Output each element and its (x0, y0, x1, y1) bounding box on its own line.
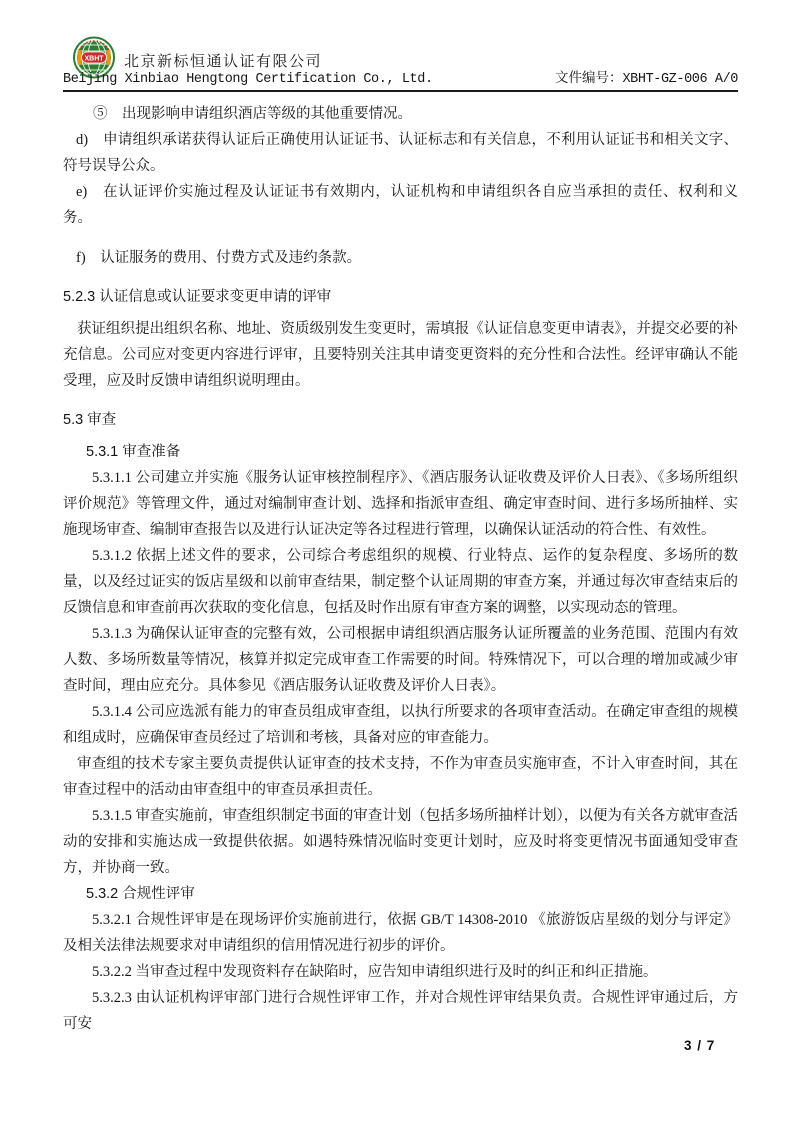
subsection-heading: 5.3.1 审查准备 (63, 439, 738, 465)
document-number-value: XBHT-GZ-006 A/0 (622, 72, 738, 87)
subsection-heading: 5.3.2 合规性评审 (63, 881, 738, 907)
list-item-alpha: d) 申请组织承诺获得认证后正确使用认证证书、认证标志和有关信息，不利用认证证书… (63, 127, 738, 179)
company-name-en: Beijing Xinbiao Hengtong Certification C… (63, 72, 433, 87)
document-page: XBHT 北京新标恒通认证有限公司 Beijing Xinbiao Hengto… (0, 0, 793, 1122)
paragraph: 5.3.1.2 依据上述文件的要求，公司综合考虑组织的规模、行业特点、运作的复杂… (63, 543, 738, 621)
document-body: ⑤ 出现影响申请组织酒店等级的其他重要情况。d) 申请组织承诺获得认证后正确使用… (63, 101, 738, 1037)
list-item-alpha: e) 在认证评价实施过程及认证证书有效期内，认证机构和申请组织各自应当承担的责任… (63, 179, 738, 231)
paragraph: 获证组织提出组织名称、地址、资质级别发生变更时，需填报《认证信息变更申请表》，并… (63, 316, 738, 394)
paragraph: 审查组的技术专家主要负责提供认证审查的技术支持，不作为审查员实施审查，不计入审查… (63, 751, 738, 803)
paragraph: 5.3.1.5 审查实施前，审查组织制定书面的审查计划（包括多场所抽样计划），以… (63, 803, 738, 881)
document-number: 文件编号：XBHT-GZ-006 A/0 (555, 66, 738, 87)
section-heading: 5.2.3 认证信息或认证要求变更申请的评审 (63, 284, 738, 310)
header-rule-row: Beijing Xinbiao Hengtong Certification C… (63, 66, 738, 92)
paragraph: 5.3.1.4 公司应选派有能力的审查员组成审查组，以执行所要求的各项审查活动。… (63, 699, 738, 751)
paragraph: 5.3.2.3 由认证机构评审部门进行合规性评审工作，并对合规性评审结果负责。合… (63, 985, 738, 1037)
svg-text:XBHT: XBHT (84, 56, 104, 63)
paragraph: 5.3.1.1 公司建立并实施《服务认证审核控制程序》、《酒店服务认证收费及评价… (63, 465, 738, 543)
document-number-label: 文件编号： (555, 70, 623, 85)
list-item-alpha: f) 认证服务的费用、付费方式及违约条款。 (63, 245, 738, 271)
paragraph: 5.3.1.3 为确保认证审查的完整有效，公司根据申请组织酒店服务认证所覆盖的业… (63, 621, 738, 699)
paragraph: 5.3.2.1 合规性评审是在现场评价实施前进行，依据 GB/T 14308-2… (63, 907, 738, 959)
page-number: 3 / 7 (684, 1038, 715, 1053)
paragraph: 5.3.2.2 当审查过程中发现资料存在缺陷时，应告知申请组织进行及时的纠正和纠… (63, 959, 738, 985)
section-heading: 5.3 审查 (63, 407, 738, 433)
list-item-circled: ⑤ 出现影响申请组织酒店等级的其他重要情况。 (63, 101, 738, 127)
